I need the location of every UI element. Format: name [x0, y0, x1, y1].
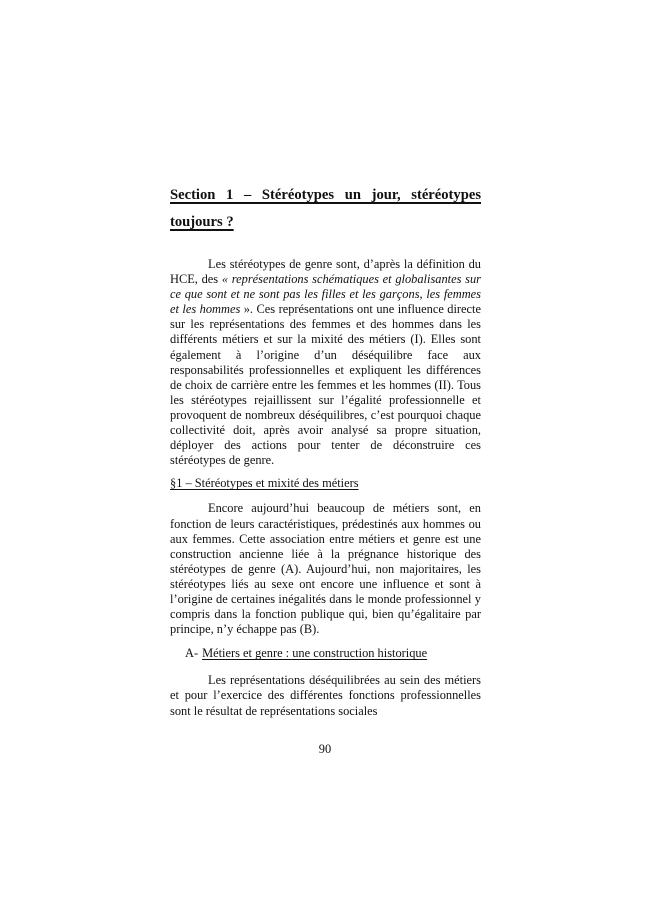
intro-text-after-quote: ». Ces représentations ont une influence…	[170, 302, 481, 467]
intro-paragraph: Les stéréotypes de genre sont, d’après l…	[170, 257, 481, 468]
document-page: Section 1 – Stéréotypes un jour, stéréot…	[0, 0, 650, 920]
page-content: Section 1 – Stéréotypes un jour, stéréot…	[170, 182, 481, 719]
page-number: 90	[0, 742, 650, 757]
subsection-1-paragraph: Encore aujourd’hui beaucoup de métiers s…	[170, 501, 481, 637]
subsection-1-heading: §1 – Stéréotypes et mixité des métiers	[170, 476, 481, 491]
section-heading-line-1: Section 1 – Stéréotypes un jour, stéréot…	[170, 182, 481, 209]
subsection-a-paragraph: Les représentations déséquilibrées au se…	[170, 673, 481, 718]
subsection-a-label: A-	[185, 646, 198, 660]
subsection-a-title: Métiers et genre : une construction hist…	[202, 646, 427, 660]
subsection-1-title: §1 – Stéréotypes et mixité des métiers	[170, 476, 359, 490]
section-heading: Section 1 – Stéréotypes un jour, stéréot…	[170, 182, 481, 236]
section-heading-line-2: toujours ?	[170, 209, 481, 236]
subsection-a-heading: A-Métiers et genre : une construction hi…	[170, 646, 481, 661]
